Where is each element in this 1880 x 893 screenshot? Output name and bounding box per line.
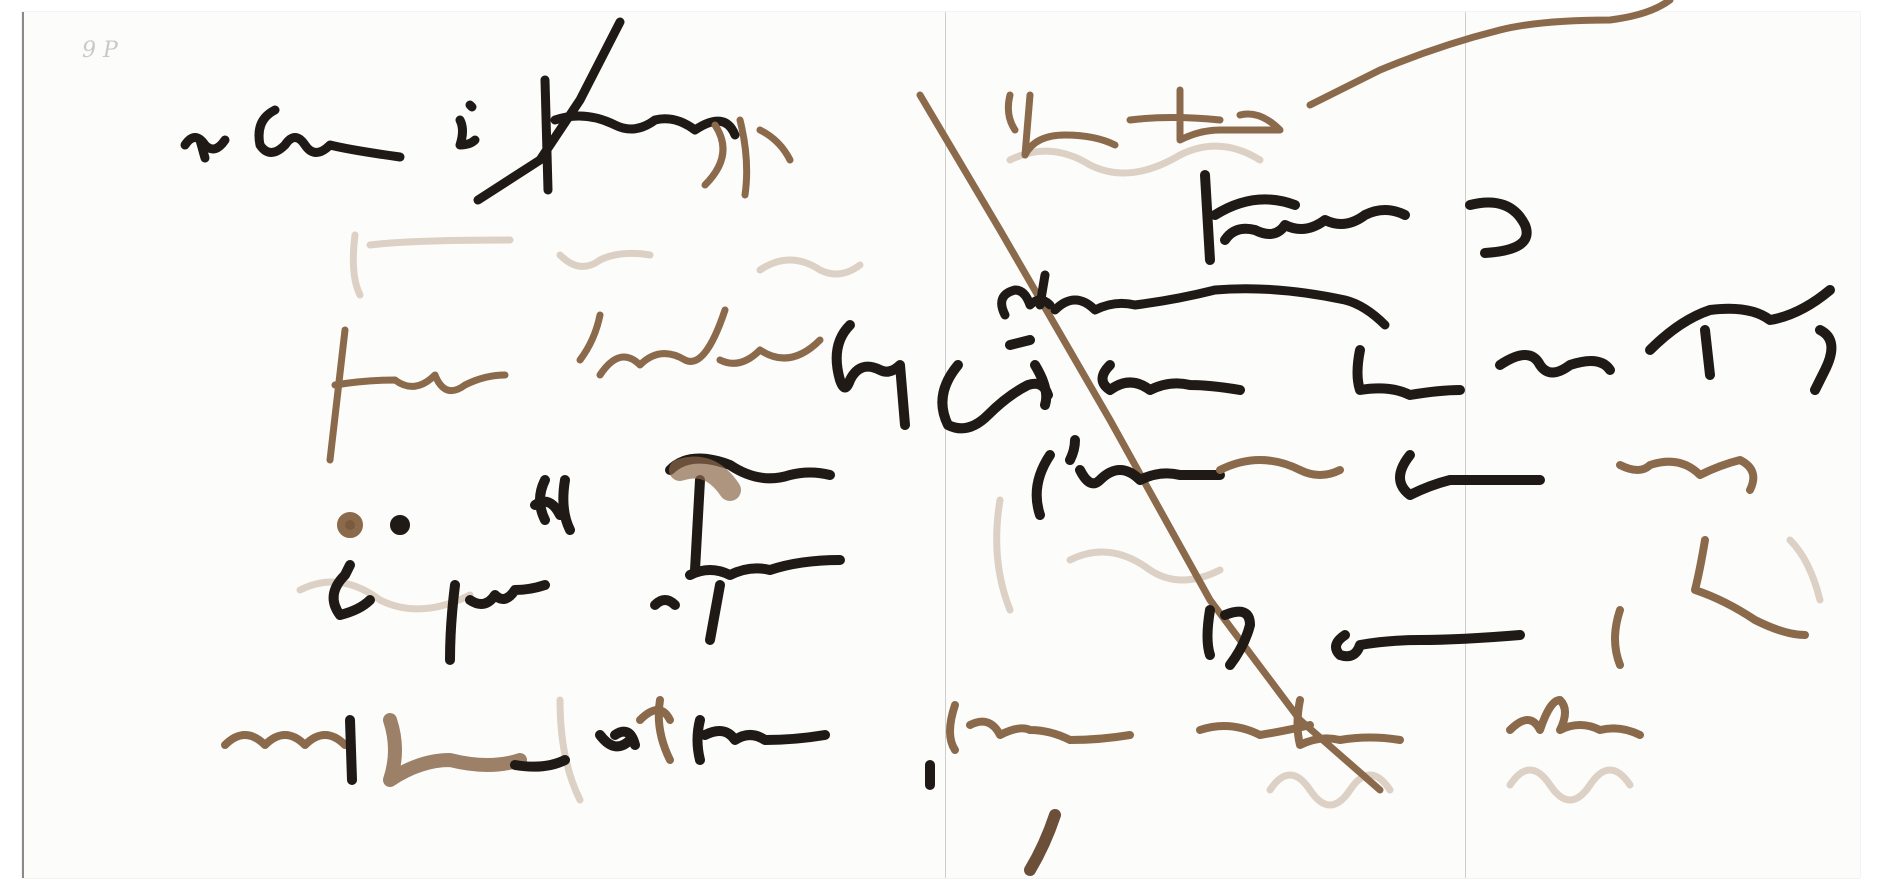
bleedthrough-strokes [300,146,1820,805]
line-3-strokes [1002,275,1385,325]
line-4-dark-strokes [837,290,1832,428]
diagonal-stroke [920,95,1380,790]
line-7-brown-strokes [1615,540,1805,665]
handwriting-strokes [0,0,1880,893]
bottom-ink-stroke [1030,815,1055,870]
line-1-brown-strokes [705,0,1670,195]
line-8-dark-strokes [350,720,930,785]
line-5-brown-strokes [341,460,1753,534]
line-4-brown-strokes [330,310,820,460]
line-1-strokes [185,22,735,200]
line-2-strokes [1205,175,1527,260]
line-5-strokes [395,440,1540,570]
